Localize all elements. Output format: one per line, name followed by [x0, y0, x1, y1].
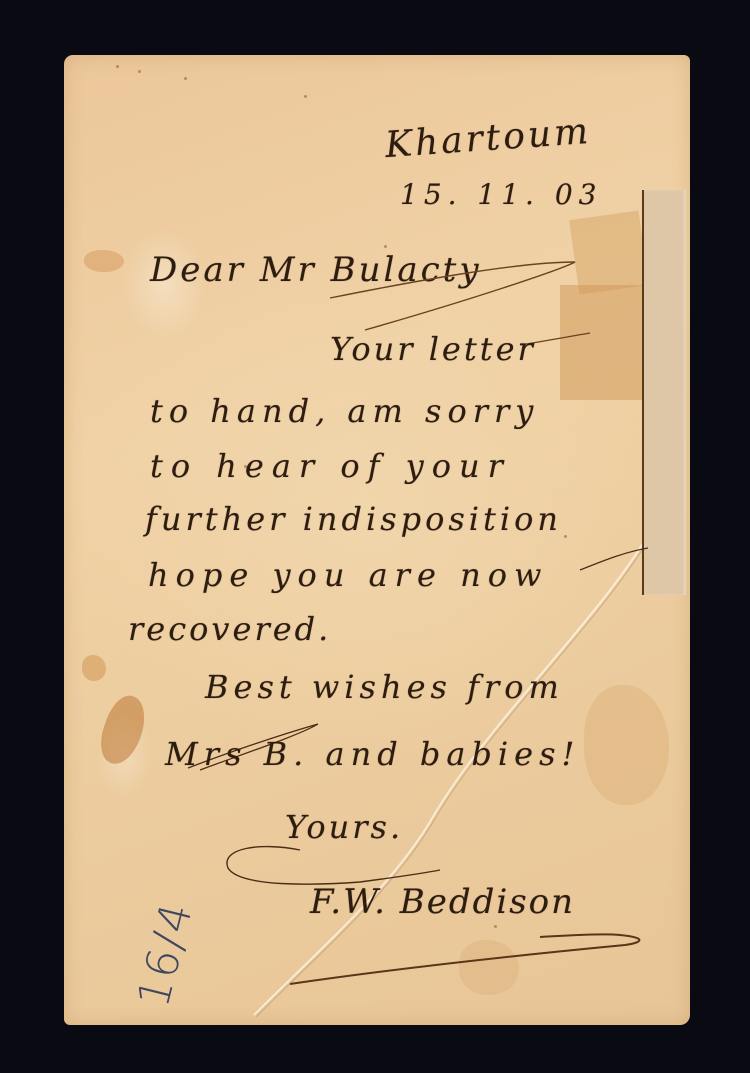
letter-line: Your letter: [330, 330, 536, 368]
letter-line: hope you are now: [148, 556, 548, 594]
foxing-dot: [138, 70, 141, 73]
foxing-stain: [93, 691, 153, 770]
letter-line: further indisposition: [145, 500, 562, 538]
salutation: Dear Mr Bulacty: [150, 250, 482, 290]
letter-line: to hand, am sorry: [150, 392, 539, 430]
foxing-stain: [84, 250, 124, 272]
scanned-postcard: Khartoum 15. 11. 03 Dear Mr Bulacty Your…: [0, 0, 750, 1073]
foxing-dot: [116, 65, 119, 68]
water-stain: [459, 940, 519, 995]
foxing-dot: [564, 535, 567, 538]
closing-line: Mrs B. and babies!: [165, 735, 580, 773]
tape-patch: [560, 285, 642, 400]
foxing-dot: [304, 95, 307, 98]
foxing-dot: [184, 77, 187, 80]
foxing-dot: [384, 245, 387, 248]
foxing-stain: [82, 655, 106, 681]
signoff: Yours.: [285, 808, 403, 846]
letter-line: to hear of your: [150, 447, 511, 485]
paper-hinge-strip: [642, 190, 686, 595]
signature: F.W. Beddison: [310, 882, 575, 922]
letter-line: recovered.: [128, 610, 331, 648]
foxing-dot: [494, 925, 497, 928]
water-stain: [584, 685, 669, 805]
letter-date: 15. 11. 03: [400, 178, 603, 211]
tape-patch: [569, 210, 649, 294]
closing-line: Best wishes from: [205, 668, 564, 706]
